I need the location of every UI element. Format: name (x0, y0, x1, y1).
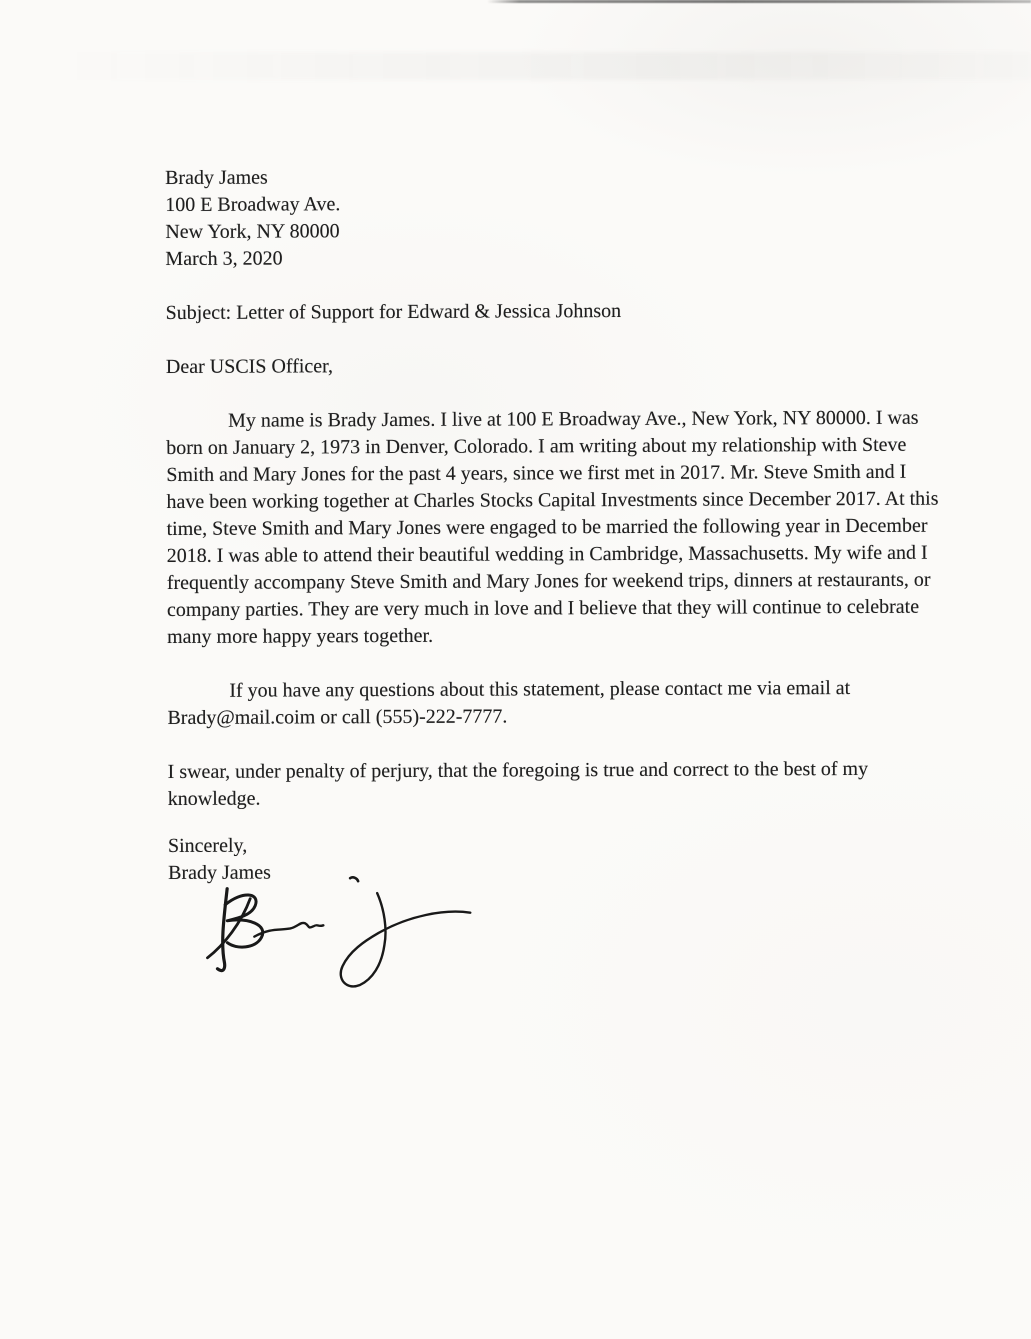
salutation: Dear USCIS Officer, (166, 351, 936, 381)
text-line: Smith and Mary Jones for the past 4 year… (166, 459, 936, 489)
letter-content: Brady James 100 E Broadway Ave. New York… (165, 162, 938, 887)
text-line: Brady@mail.coim or call (555)-222-7777. (167, 702, 937, 732)
text-line: many more happy years together. (167, 621, 937, 651)
text-line: frequently accompany Steve Smith and Mar… (167, 567, 937, 597)
handwritten-signature (196, 872, 482, 1005)
text-line: have been working together at Charles St… (166, 486, 936, 516)
scan-edge-artifact (487, 0, 1031, 3)
body-paragraph-1: My name is Brady James. I live at 100 E … (166, 405, 937, 651)
text-line: 2018. I was able to attend their beautif… (167, 540, 937, 570)
valediction: Sincerely, (168, 830, 938, 860)
sender-block: Brady James 100 E Broadway Ave. New York… (165, 162, 935, 273)
sender-address-line2: New York, NY 80000 (165, 216, 935, 246)
signature-image (196, 872, 482, 1005)
scanned-letter-page: Brady James 100 E Broadway Ave. New York… (0, 0, 1031, 1339)
text-line: knowledge. (168, 783, 938, 813)
sender-address-line1: 100 E Broadway Ave. (165, 189, 935, 219)
sender-name: Brady James (165, 162, 935, 192)
text-line: time, Steve Smith and Mary Jones were en… (167, 513, 937, 543)
text-line: born on January 2, 1973 in Denver, Color… (166, 432, 936, 462)
text-line: My name is Brady James. I live at 100 E … (166, 405, 936, 435)
subject-line: Subject: Letter of Support for Edward & … (166, 297, 936, 327)
scan-smudge-artifact (60, 52, 1031, 80)
letter-date: March 3, 2020 (165, 243, 935, 273)
body-paragraph-2: If you have any questions about this sta… (167, 675, 937, 732)
text-line: If you have any questions about this sta… (167, 675, 937, 705)
text-line: company parties. They are very much in l… (167, 594, 937, 624)
body-paragraph-3: I swear, under penalty of perjury, that … (168, 756, 938, 813)
text-line: I swear, under penalty of perjury, that … (168, 756, 938, 786)
